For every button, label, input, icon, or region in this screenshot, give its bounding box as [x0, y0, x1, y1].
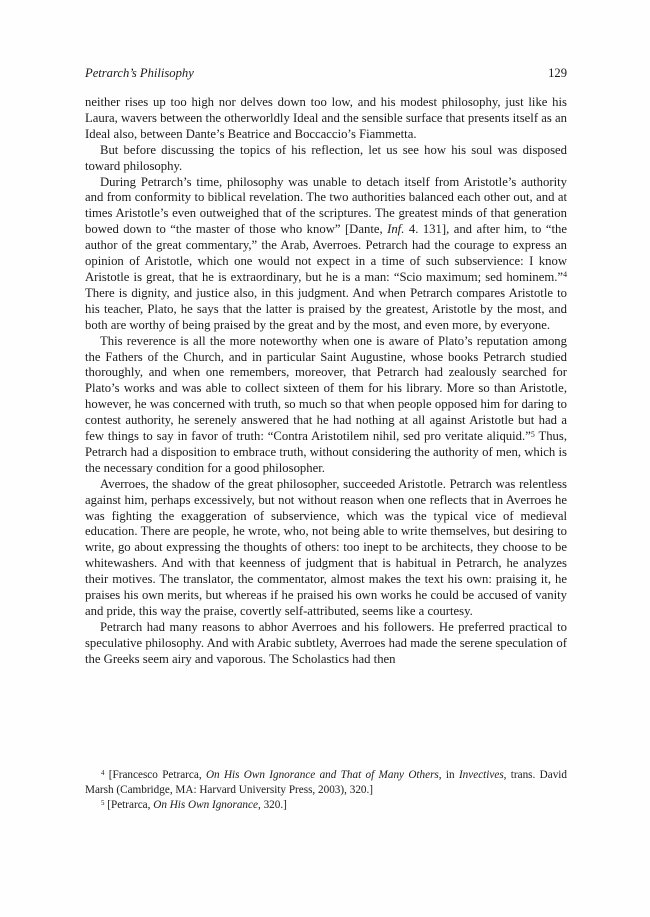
text-segment: [Francesco Petrarca,: [104, 769, 205, 781]
text-segment: Averroes, the shadow of the great philos…: [85, 477, 567, 618]
footnote-reference: 4: [563, 270, 567, 279]
paragraph: This reverence is all the more noteworth…: [85, 334, 567, 477]
paragraph: But before discussing the topics of his …: [85, 143, 567, 175]
text-segment: But before discussing the topics of his …: [85, 143, 567, 173]
paragraph: During Petrarch’s time, philosophy was u…: [85, 175, 567, 334]
italic-text: Inf.: [387, 222, 404, 236]
paragraph: neither rises up too high nor delves dow…: [85, 95, 567, 143]
footnote: 4 [Francesco Petrarca, On His Own Ignora…: [85, 768, 567, 798]
paragraph: Petrarch had many reasons to abhor Averr…: [85, 620, 567, 668]
footnote: 5 [Petrarca, On His Own Ignorance, 320.]: [85, 798, 567, 813]
text-segment: neither rises up too high nor delves dow…: [85, 95, 567, 141]
text-segment: , in: [439, 769, 459, 781]
footnote-reference: 5: [531, 430, 535, 439]
footnote-reference: 4: [101, 769, 104, 777]
paragraph: Averroes, the shadow of the great philos…: [85, 477, 567, 620]
text-segment: Petrarch had many reasons to abhor Averr…: [85, 620, 567, 666]
text-segment: [Petrarca,: [104, 799, 153, 811]
italic-text: On His Own Ignorance and That of Many Ot…: [206, 769, 439, 781]
text-segment: There is dignity, and justice also, in t…: [85, 286, 567, 332]
italic-text: Invectives: [459, 769, 504, 781]
book-page: Petrarch’s Philisophy 129 neither rises …: [0, 0, 650, 917]
text-segment: This reverence is all the more noteworth…: [85, 334, 567, 443]
italic-text: On His Own Ignorance: [153, 799, 258, 811]
page-number: 129: [548, 66, 567, 81]
running-header: Petrarch’s Philisophy 129: [85, 66, 567, 81]
body-text: neither rises up too high nor delves dow…: [85, 95, 567, 668]
running-header-title: Petrarch’s Philisophy: [85, 66, 194, 81]
footnote-reference: 5: [101, 799, 104, 807]
text-segment: , 320.]: [258, 799, 287, 811]
footnotes-section: 4 [Francesco Petrarca, On His Own Ignora…: [85, 768, 567, 813]
